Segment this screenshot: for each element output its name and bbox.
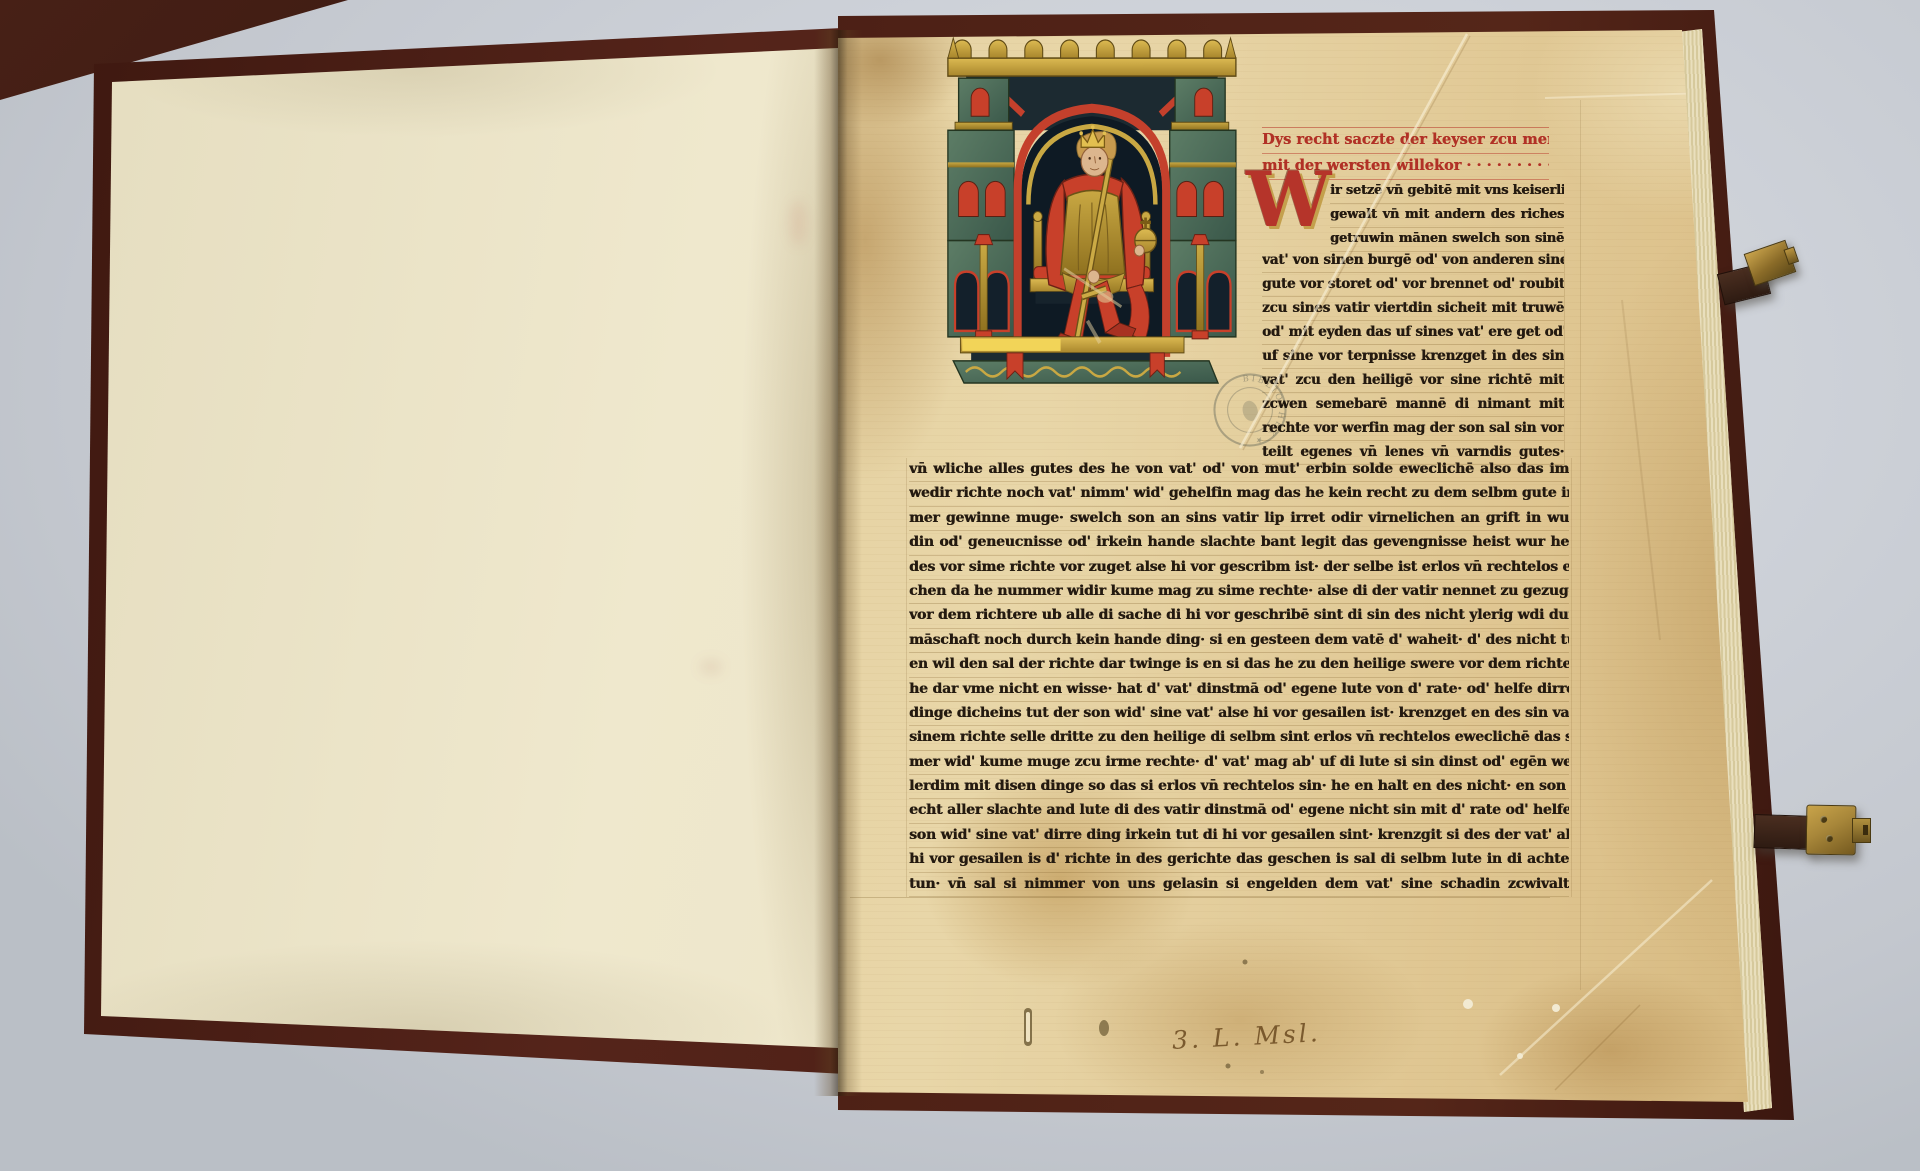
lower-clasp-hook	[1852, 818, 1871, 843]
photo-scene: Dys recht saczte der keyser zcu mencze m…	[0, 0, 1920, 1171]
clasp-rivet	[1826, 835, 1833, 842]
lower-clasp-plate	[1806, 805, 1857, 856]
lower-clasp-notch	[1863, 825, 1868, 835]
upper-clasp-hook	[1744, 240, 1797, 286]
upper-clasp-slot	[1783, 246, 1799, 265]
clasp-rivet	[1820, 816, 1827, 823]
offset-smudge	[790, 200, 806, 246]
offset-smudge	[700, 660, 722, 674]
gutter-shadow	[814, 30, 862, 1096]
